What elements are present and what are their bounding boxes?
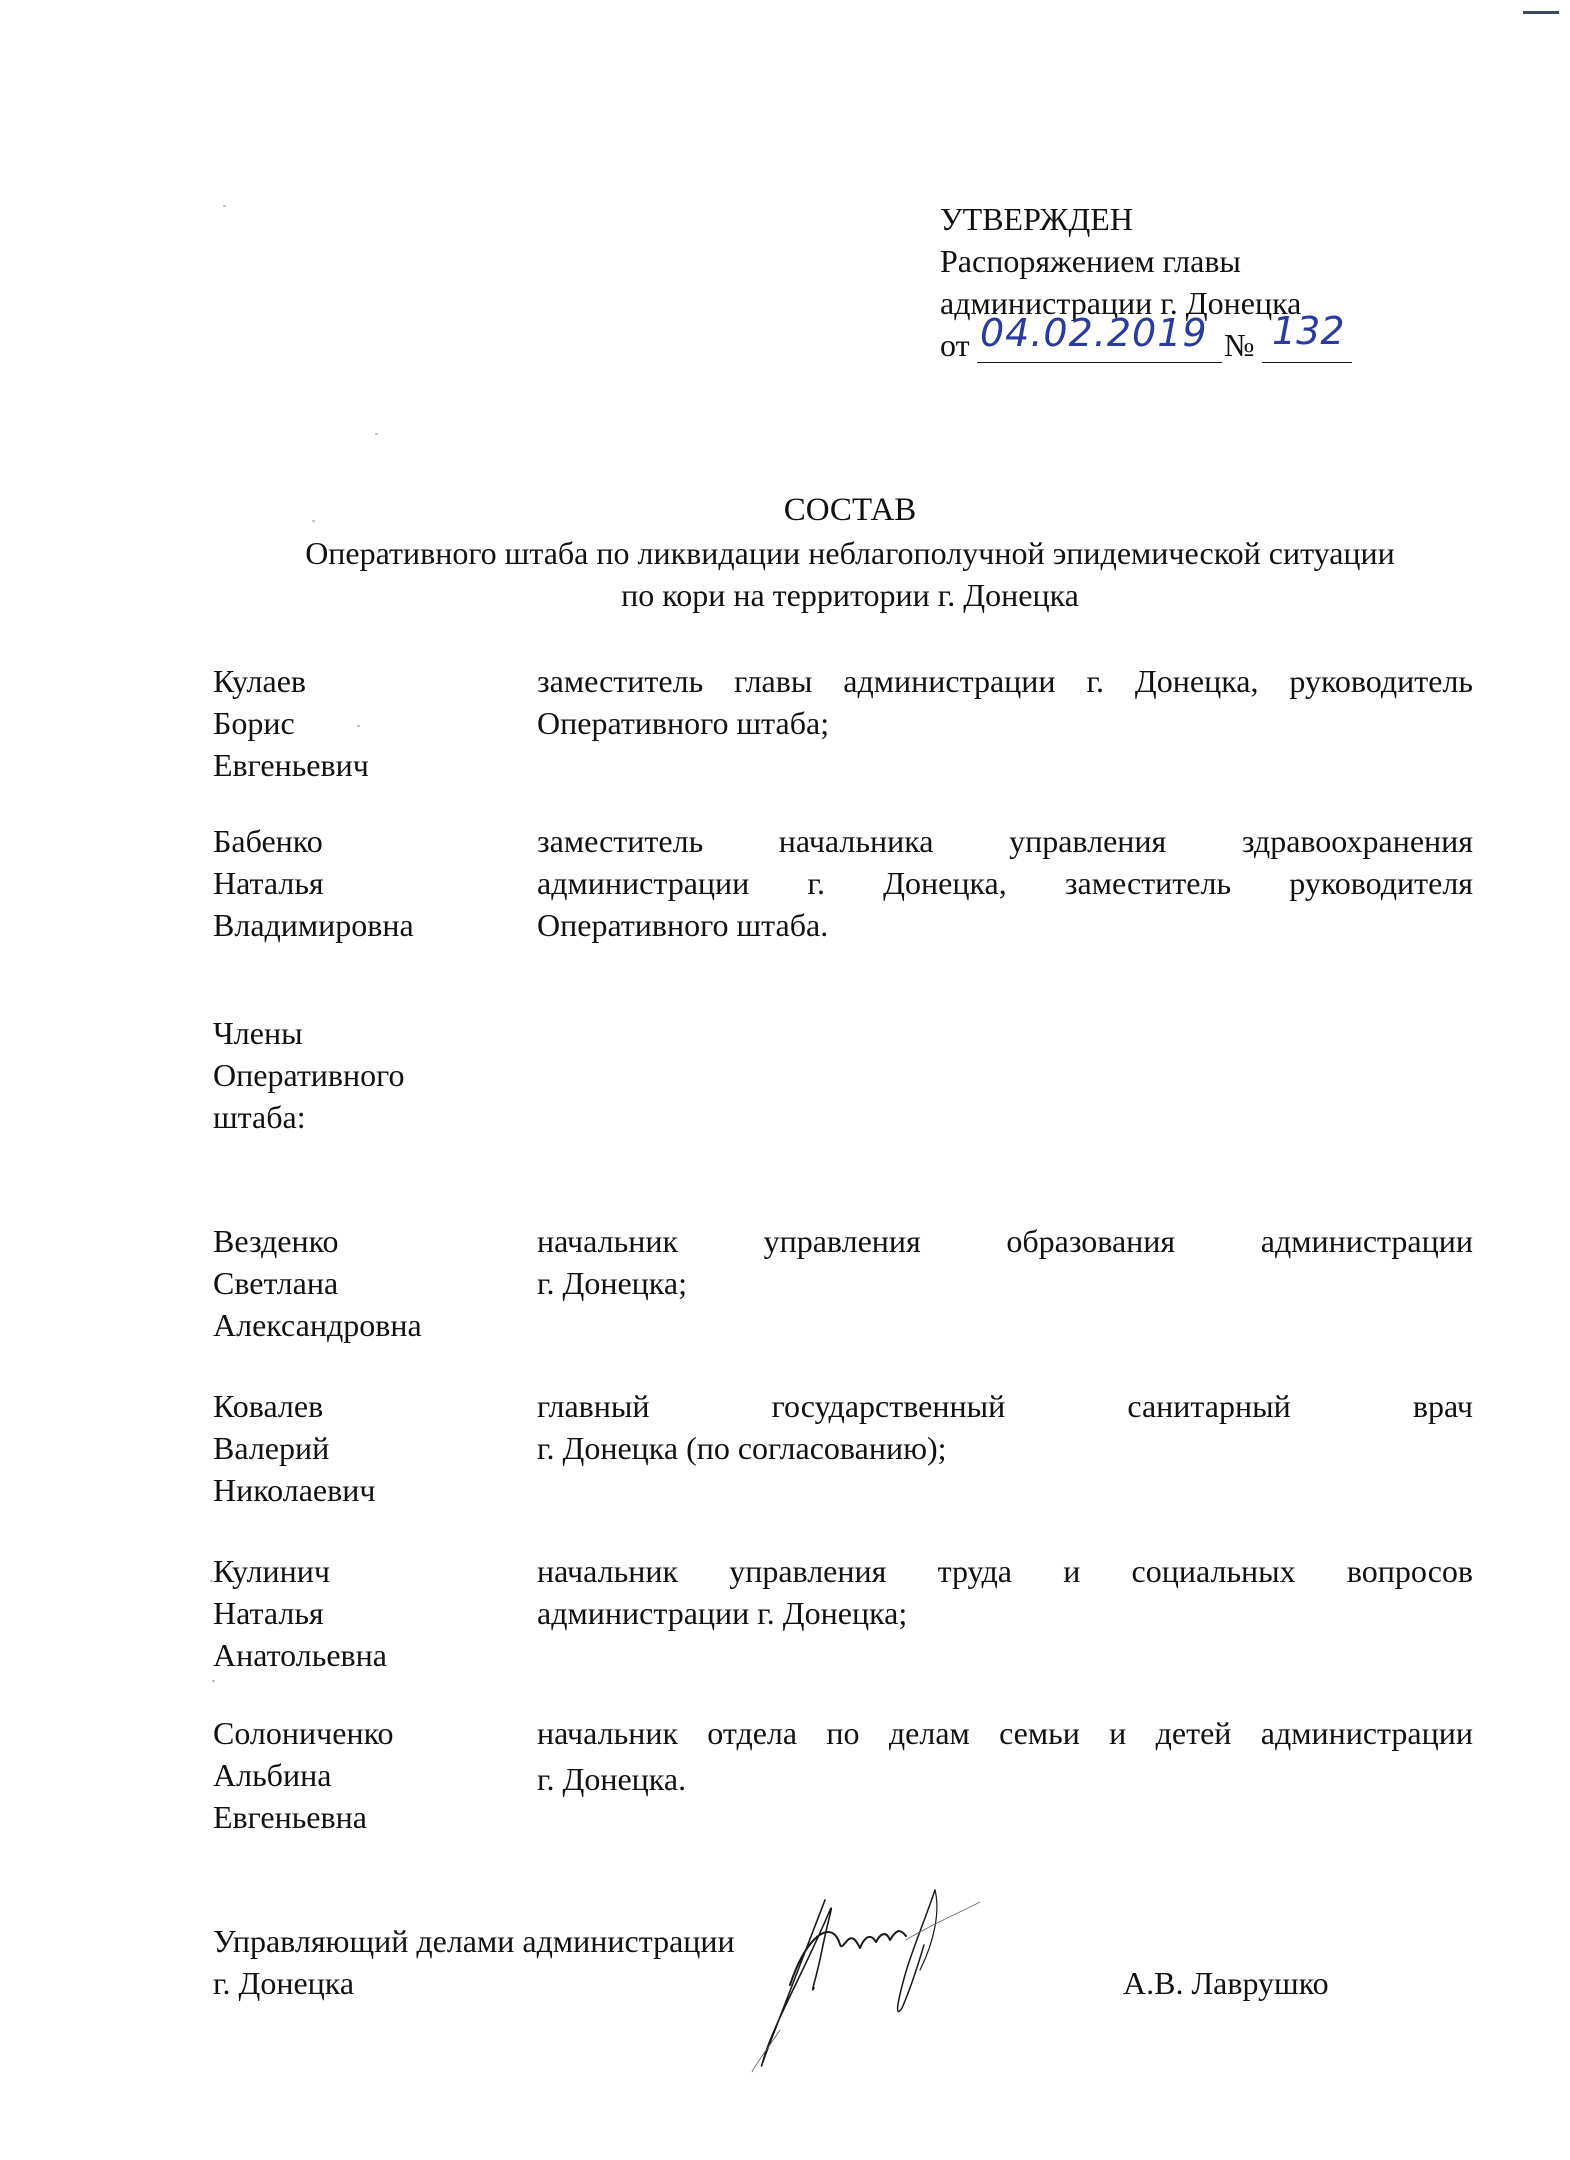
surname: Ковалев xyxy=(213,1385,513,1427)
person-role: главный государственный санитарный врач … xyxy=(537,1385,1473,1469)
person-name: Бабенко Наталья Владимировна xyxy=(213,820,513,946)
role-line: начальник управления образования админис… xyxy=(537,1220,1473,1262)
surname: Солониченко xyxy=(213,1712,513,1754)
signer-name: А.В. Лаврушко xyxy=(1123,1962,1329,2004)
signer-position: Управляющий делами администрации г. Доне… xyxy=(213,1920,735,2004)
surname: Бабенко xyxy=(213,820,513,862)
approval-line-1: Распоряжением главы xyxy=(940,240,1360,282)
role-line: г. Донецка (по согласованию); xyxy=(537,1427,1473,1469)
approval-date-line: от 04.02.2019 № 132 xyxy=(940,324,1360,366)
title-heading: СОСТАВ xyxy=(200,488,1500,532)
title-line-1: Оперативного штаба по ликвидации неблаго… xyxy=(200,532,1500,574)
handwritten-signature-icon xyxy=(730,1880,990,2080)
person-name: Ковалев Валерий Николаевич xyxy=(213,1385,513,1511)
patronymic: Евгеньевна xyxy=(213,1796,513,1838)
document-title: СОСТАВ Оперативного штаба по ликвидации … xyxy=(200,488,1500,616)
patronymic: Владимировна xyxy=(213,904,513,946)
handwritten-date: 04.02.2019 xyxy=(980,312,1208,354)
person-name: Кулинич Наталья Анатольевна xyxy=(213,1550,513,1676)
scan-corner-mark xyxy=(1523,11,1559,14)
first-name: Светлана xyxy=(213,1262,513,1304)
first-name: Наталья xyxy=(213,1592,513,1634)
person-role: начальник отдела по делам семьи и детей … xyxy=(537,1712,1473,1800)
person-name: Кулаев Борис Евгеньевич xyxy=(213,660,513,786)
patronymic: Евгеньевич xyxy=(213,744,513,786)
handwritten-number: 132 xyxy=(1272,310,1345,352)
person-role: заместитель начальника управления здраво… xyxy=(537,820,1473,946)
role-line: начальник отдела по делам семьи и детей … xyxy=(537,1712,1473,1754)
surname: Кулаев xyxy=(213,660,513,702)
role-line: заместитель начальника управления здраво… xyxy=(537,820,1473,862)
first-name: Альбина xyxy=(213,1754,513,1796)
role-line: Оперативного штаба; xyxy=(537,702,1473,744)
members-label-line-3: штаба: xyxy=(213,1096,513,1138)
number-underline xyxy=(1262,362,1352,363)
role-line: администрации г. Донецка, заместитель ру… xyxy=(537,862,1473,904)
role-line: администрации г. Донецка; xyxy=(537,1592,1473,1634)
person-role: начальник управления труда и социальных … xyxy=(537,1550,1473,1634)
number-sign: № xyxy=(1224,324,1255,366)
surname: Везденко xyxy=(213,1220,513,1262)
first-name: Борис xyxy=(213,702,513,744)
scan-speck xyxy=(375,433,378,435)
scan-speck xyxy=(312,520,315,522)
approval-status: УТВЕРЖДЕН xyxy=(940,198,1360,240)
role-line: Оперативного штаба. xyxy=(537,904,1473,946)
members-label-line-1: Члены xyxy=(213,1012,513,1054)
role-line: заместитель главы администрации г. Донец… xyxy=(537,660,1473,702)
scan-speck xyxy=(212,1680,215,1682)
signer-position-line-2: г. Донецка xyxy=(213,1962,735,2004)
date-underline xyxy=(977,362,1222,363)
role-line: начальник управления труда и социальных … xyxy=(537,1550,1473,1592)
patronymic: Анатольевна xyxy=(213,1634,513,1676)
patronymic: Николаевич xyxy=(213,1469,513,1511)
members-label-text: Члены Оперативного штаба: xyxy=(213,1012,513,1138)
person-name: Везденко Светлана Александровна xyxy=(213,1220,513,1346)
role-line: г. Донецка. xyxy=(537,1758,1473,1800)
person-role: заместитель главы администрации г. Донец… xyxy=(537,660,1473,744)
patronymic: Александровна xyxy=(213,1304,513,1346)
scan-speck xyxy=(223,205,226,207)
person-role: начальник управления образования админис… xyxy=(537,1220,1473,1304)
members-label-line-2: Оперативного xyxy=(213,1054,513,1096)
approval-block: УТВЕРЖДЕН Распоряжением главы администра… xyxy=(940,198,1360,366)
first-name: Валерий xyxy=(213,1427,513,1469)
person-name: Солониченко Альбина Евгеньевна xyxy=(213,1712,513,1838)
first-name: Наталья xyxy=(213,862,513,904)
scan-speck xyxy=(357,725,360,727)
role-line: главный государственный санитарный врач xyxy=(537,1385,1473,1427)
date-prefix: от xyxy=(940,324,970,366)
title-line-2: по кори на территории г. Донецка xyxy=(200,574,1500,616)
surname: Кулинич xyxy=(213,1550,513,1592)
signer-position-line-1: Управляющий делами администрации xyxy=(213,1920,735,1962)
role-line: г. Донецка; xyxy=(537,1262,1473,1304)
scan-speck xyxy=(210,1580,213,1582)
